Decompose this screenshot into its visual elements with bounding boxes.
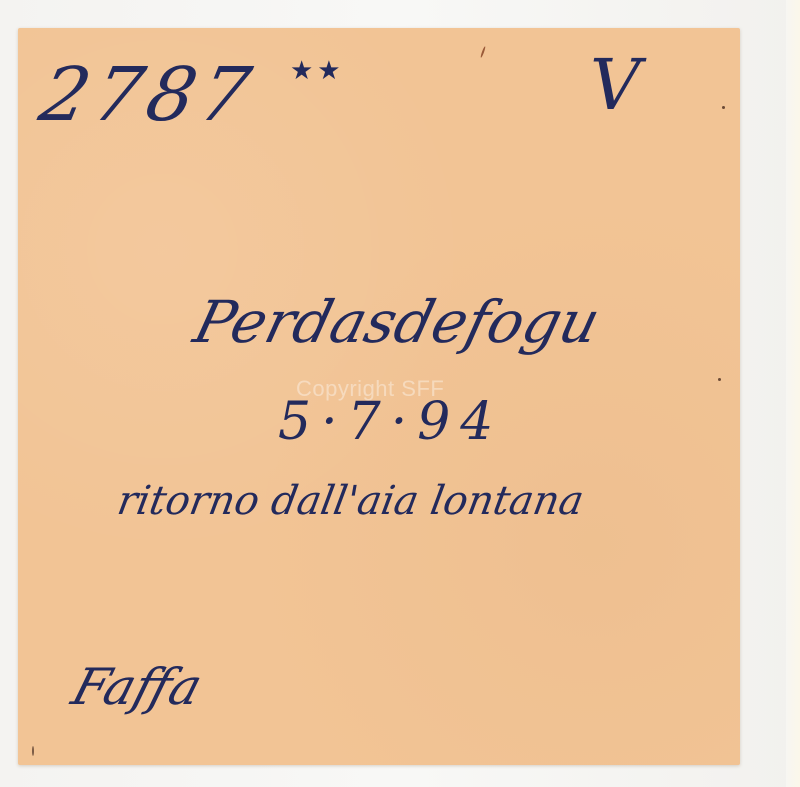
paper-speck — [32, 746, 34, 756]
place-name: Perdasdefogu — [188, 288, 607, 356]
copyright-watermark: Copyright SFF — [296, 376, 444, 402]
series-letter: V — [590, 44, 641, 126]
paper-fiber-mark — [480, 46, 486, 58]
caption: ritorno dall'aia lontana — [114, 478, 587, 524]
paper-speck — [718, 378, 721, 381]
catalog-star-marks: ★★ — [290, 56, 345, 86]
adjacent-paper-edge — [786, 0, 800, 787]
signature: Faffa — [66, 658, 209, 716]
scan-background: 2787 ★★ V Perdasdefogu 5·7·94 ritorno da… — [0, 0, 800, 787]
paper-speck — [722, 106, 725, 109]
catalog-number: 2787 — [33, 52, 264, 138]
